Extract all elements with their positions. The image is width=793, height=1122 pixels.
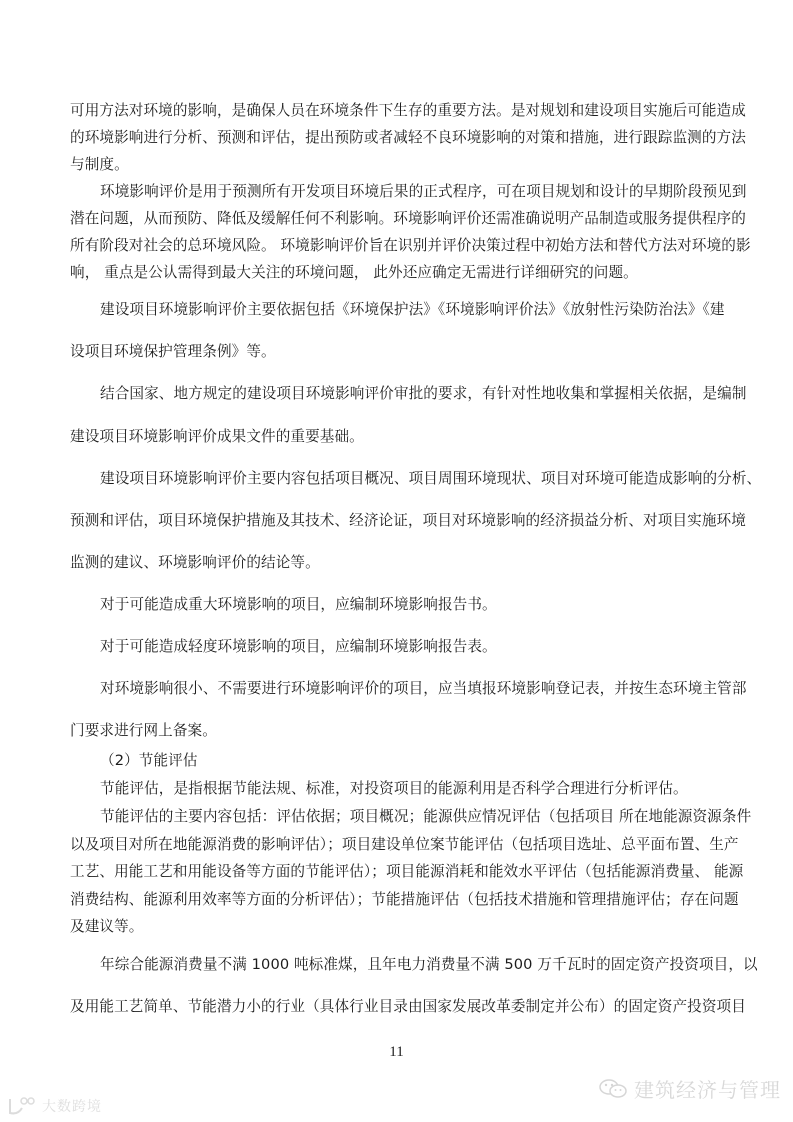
- wechat-icon: [598, 1077, 628, 1101]
- text-line: 可用方法对环境的影响，是确保人员在环境条件下生存的重要方法。是对规划和建设项目实…: [70, 101, 730, 121]
- text-line: 响， 重点是公认需得到最大关注的环境问题， 此外还应确定无需进行详细研究的问题。: [70, 263, 730, 283]
- watermark-brand: 大数跨境: [6, 1096, 102, 1116]
- text-line: 门要求进行网上备案。: [70, 721, 730, 741]
- text-line: 建设项目环境影响评价主要依据包括《环境保护法》《环境影响评价法》《放射性污染防治…: [100, 300, 730, 320]
- watermark-brand-name: 大数跨境: [42, 1096, 102, 1116]
- text-line: 预测和评估，项目环境保护措施及其技术、经济论证，项目对环境影响的经济损益分析、对…: [70, 511, 730, 531]
- page-number: 11: [0, 1044, 793, 1061]
- text-line: 的环境影响进行分析、预测和评估，提出预防或者减轻不良环境影响的对策和措施，进行跟…: [70, 128, 730, 148]
- document-page: 可用方法对环境的影响，是确保人员在环境条件下生存的重要方法。是对规划和建设项目实…: [0, 0, 793, 1122]
- text-line: 设项目环境保护管理条例》等。: [70, 342, 730, 362]
- text-line: 及建议等。: [70, 917, 730, 937]
- text-line: 消费结构、能源利用效率等方面的分析评估）；节能措施评估（包括技术措施和管理措施评…: [70, 890, 730, 910]
- text-line: 及用能工艺简单、节能潜力小的行业（具体行业目录由国家发展改革委制定并公布）的固定…: [70, 997, 730, 1017]
- text-line: 建设项目环境影响评价主要内容包括项目概况、项目周围环境现状、项目对环境可能造成影…: [100, 469, 730, 489]
- text-line: 工艺、用能工艺和用能设备等方面的节能评估）；项目能源消耗和能效水平评估（包括能源…: [70, 862, 730, 882]
- watermark-account: 建筑经济与管理: [598, 1074, 781, 1103]
- text-line: 环境影响评价是用于预测所有开发项目环境后果的正式程序，可在项目规划和设计的早期阶…: [100, 182, 730, 202]
- text-line: 年综合能源消费量不满 1000 吨标准煤，且年电力消费量不满 500 万千瓦时的…: [100, 955, 730, 975]
- text-line: 对于可能造成重大环境影响的项目，应编制环境影响报告书。: [100, 595, 730, 615]
- watermark-account-name: 建筑经济与管理: [634, 1074, 781, 1103]
- text-line: 以及项目对所在地能源消费的影响评估）；项目建设单位案节能评估（包括项目选址、总平…: [70, 835, 730, 855]
- brand-logo-icon: [6, 1096, 38, 1116]
- text-line: 结合国家、地方规定的建设项目环境影响评价审批的要求，有针对性地收集和掌握相关依据…: [100, 384, 730, 404]
- text-line: 对于可能造成轻度环境影响的项目，应编制环境影响报告表。: [100, 637, 730, 657]
- section-heading: （2）节能评估: [100, 751, 730, 771]
- text-line: 所有阶段对社会的总环境风险。 环境影响评价旨在识别并评价决策过程中初始方法和替代…: [70, 236, 730, 256]
- text-line: 节能评估的主要内容包括：评估依据；项目概况；能源供应情况评估（包括项目 所在地能…: [100, 807, 730, 827]
- text-line: 对环境影响很小、不需要进行环境影响评价的项目，应当填报环境影响登记表，并按生态环…: [100, 679, 730, 699]
- text-line: 监测的建议、环境影响评价的结论等。: [70, 553, 730, 573]
- text-line: 节能评估，是指根据节能法规、标准，对投资项目的能源利用是否科学合理进行分析评估。: [100, 779, 730, 799]
- text-line: 潜在问题，从而预防、降低及缓解任何不利影响。环境影响评价还需准确说明产品制造或服…: [70, 209, 730, 229]
- text-line: 建设项目环境影响评价成果文件的重要基础。: [70, 427, 730, 447]
- text-line: 与制度。: [70, 155, 730, 175]
